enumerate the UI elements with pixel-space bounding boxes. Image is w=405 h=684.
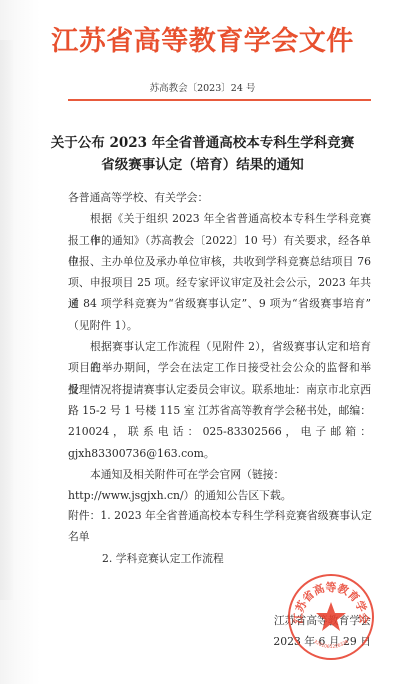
paragraph-line: 路 15-2 号 1 号楼 115 室 江苏省高等教育学会秘书处，邮编： — [68, 400, 371, 421]
salutation: 各普通高等学校、有关学会： — [68, 187, 371, 208]
notice-title: 关于公布 2023 年全省普通高校本专科生学科竞赛 省级赛事认定（培育）结果的通… — [0, 132, 405, 176]
paragraph-1: 根据《关于组织 2023 年全省普通高校本专科生学科竞赛申 报工作的通知》（苏高… — [68, 208, 371, 336]
website-link-line: http://www.jsgjxh.cn/）的通知公告区下载。 — [68, 485, 371, 506]
attachment-item-2: 2. 学科竞赛认定工作流程 — [68, 548, 371, 569]
org-header-title: 江苏省高等教育学会文件 — [0, 19, 405, 58]
official-seal: 江苏省高等教育学会 3201061226338 — [288, 574, 374, 660]
notice-title-line-1: 关于公布 2023 年全省普通高校本专科生学科竞赛 — [0, 132, 405, 154]
paragraph-line: （见附件 1）。 — [68, 315, 371, 336]
contact-email: gjxh83300736@163.com。 — [68, 443, 371, 464]
notice-title-line-2: 省级赛事认定（培育）结果的通知 — [0, 154, 405, 176]
notice-body: 各普通高等学校、有关学会： 根据《关于组织 2023 年全省普通高校本专科生学科… — [68, 187, 371, 506]
document-number: 苏高教会〔2023〕24 号 — [0, 80, 405, 94]
paragraph-3: 本通知及相关附件可在学会官网（链接： http://www.jsgjxh.cn/… — [68, 464, 371, 507]
paragraph-line: 项、申报项目 25 项。经专家评议审定及社会公示，2023 年共通 — [68, 272, 371, 293]
seal-serial: 3201061226338 — [312, 639, 349, 650]
paragraph-line: 本通知及相关附件可在学会官网（链接： — [68, 464, 371, 485]
scan-shadow — [0, 40, 14, 600]
seal-star-icon: 江苏省高等教育学会 3201061226338 — [290, 576, 372, 658]
attachments-label: 附件： — [68, 509, 100, 522]
header-divider — [68, 99, 371, 101]
document-page: 江苏省高等教育学会文件 苏高教会〔2023〕24 号 关于公布 2023 年全省… — [0, 0, 405, 684]
contact-phone-line: 210024 ， 联 系 电 话 ： 025-83302566 ， 电 子 邮 … — [68, 421, 371, 442]
paragraph-line: 项目在举办期间，学会在法定工作日接受社会公众的监督和举报， — [68, 357, 371, 378]
svg-text:3201061226338: 3201061226338 — [312, 639, 349, 650]
paragraph-line: 根据《关于组织 2023 年全省普通高校本专科生学科竞赛申 — [68, 208, 371, 229]
paragraph-2: 根据赛事认定工作流程（见附件 2），省级赛事认定和培育的 项目在举办期间，学会在… — [68, 336, 371, 464]
paragraph-line: 申报、主办单位及承办单位审核，共收到学科竞赛总结项目 76 — [68, 251, 371, 272]
attachment-item-1-cont: 名单 — [68, 526, 371, 547]
paragraph-line: 受理情况将提请赛事认定委员会审议。联系地址：南京市北京西 — [68, 379, 371, 400]
attachments-section: 附件：1. 2023 年全省普通高校本专科生学科竞赛省级赛事认定 名单 2. 学… — [68, 505, 371, 569]
attachment-item-1: 附件：1. 2023 年全省普通高校本专科生学科竞赛省级赛事认定 — [68, 505, 371, 526]
paragraph-line: 过 84 项学科竞赛为“省级赛事认定”、9 项为“省级赛事培育” — [68, 293, 371, 314]
paragraph-line: 报工作的通知》（苏高教会〔2022〕10 号）有关要求，经各单位 — [68, 230, 371, 251]
attachment-1-title: 1. 2023 年全省普通高校本专科生学科竞赛省级赛事认定 — [100, 509, 371, 522]
paragraph-line: 根据赛事认定工作流程（见附件 2），省级赛事认定和培育的 — [68, 336, 371, 357]
